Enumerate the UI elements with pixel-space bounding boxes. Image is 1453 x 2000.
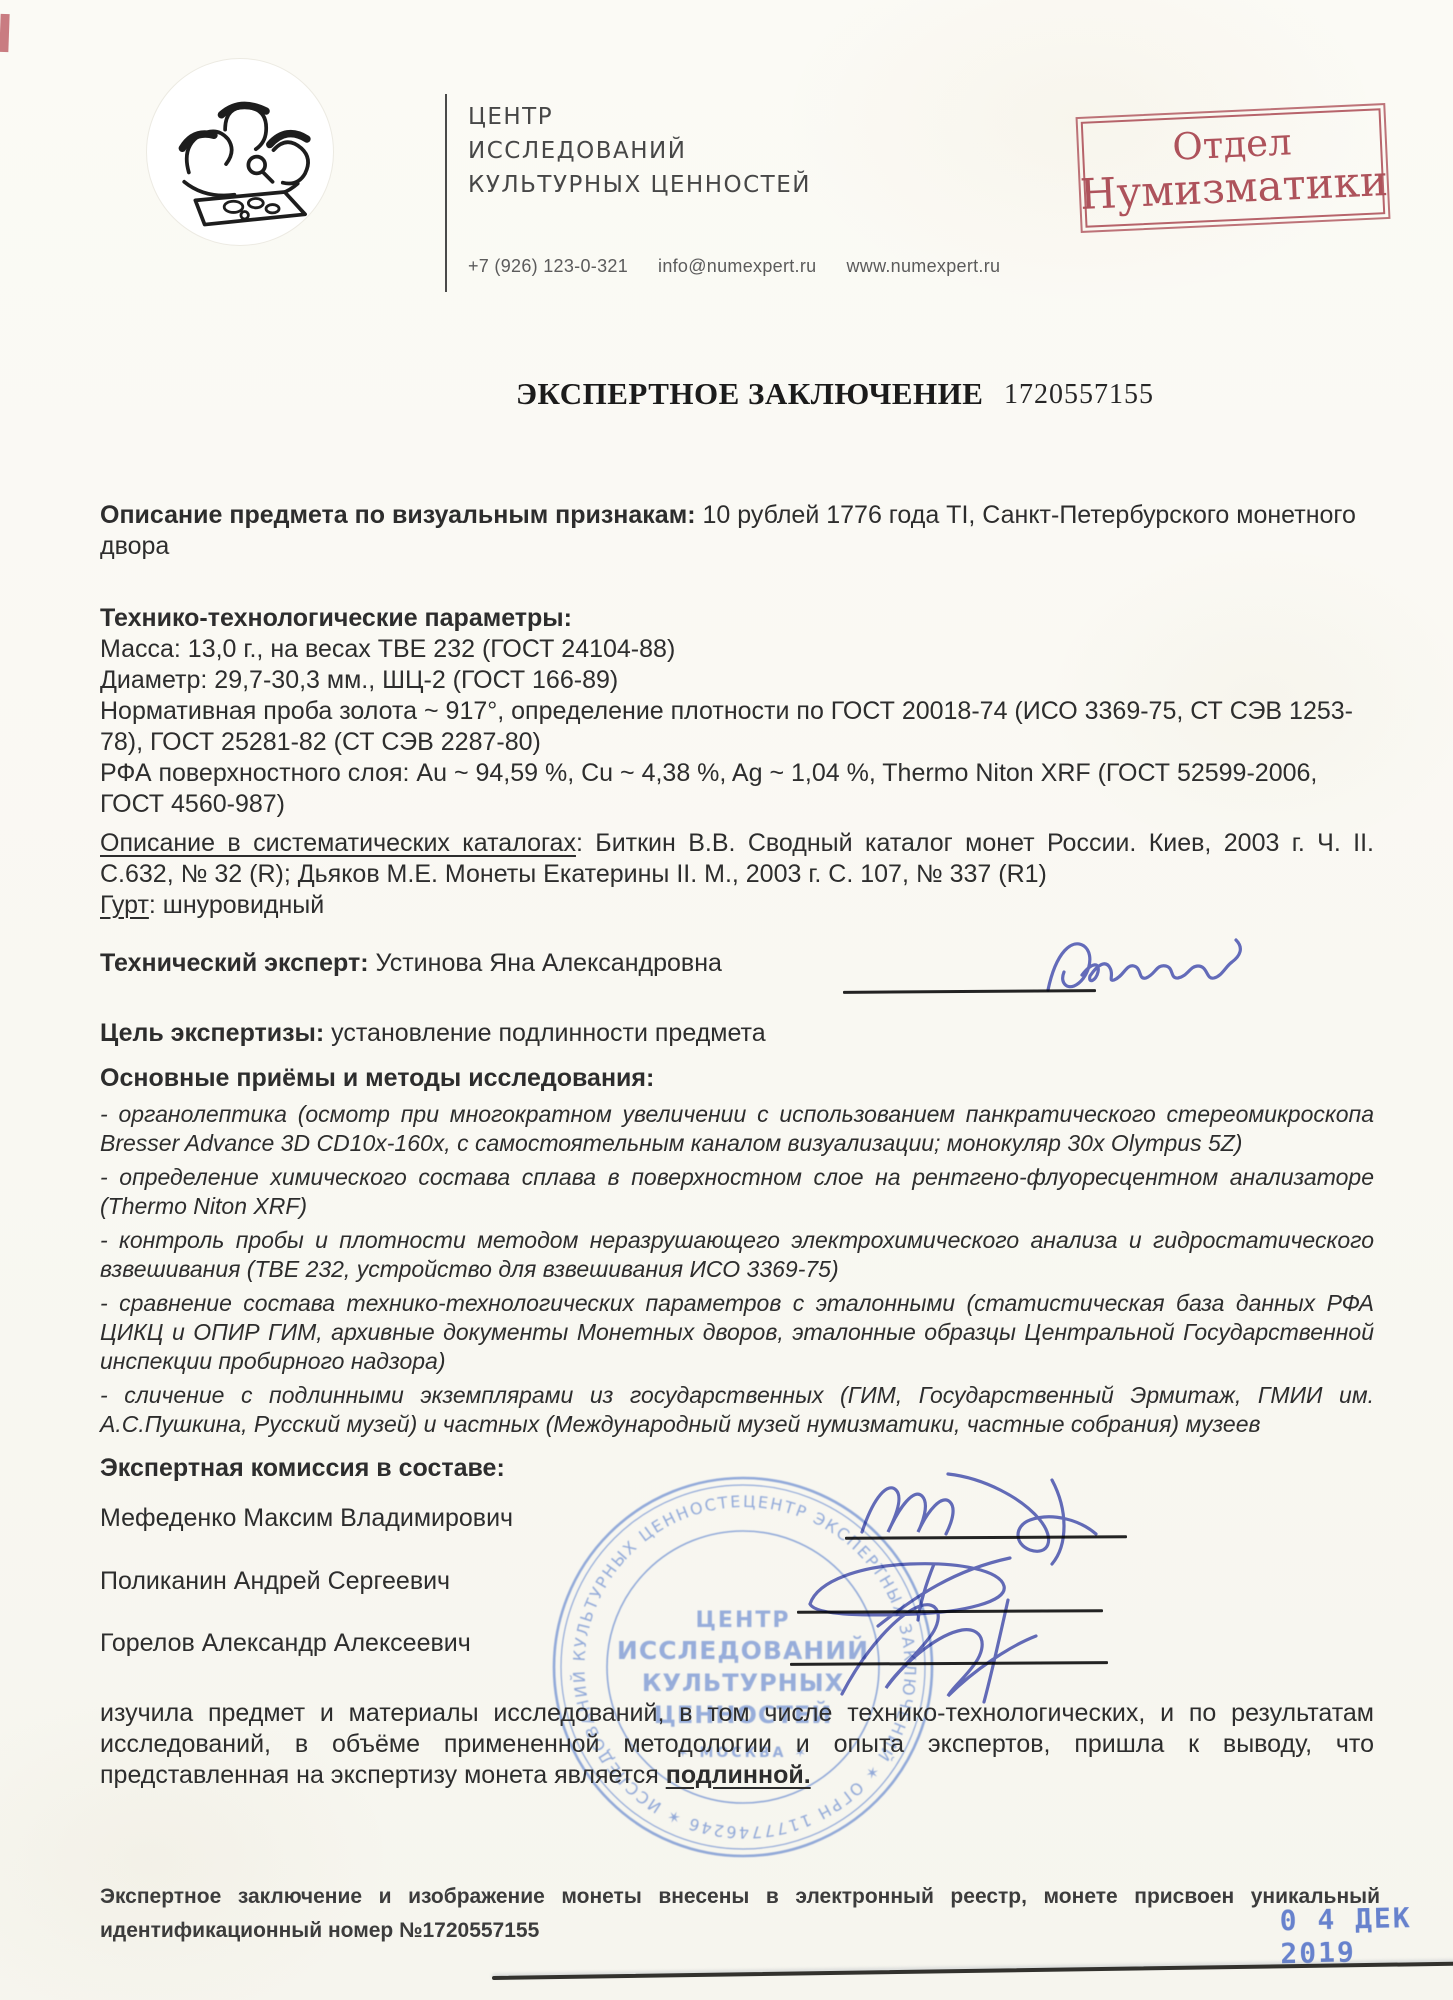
method-item-xrf-analysis: - определение химического состава сплава…: [100, 1163, 1374, 1221]
email-address: info@numexpert.ru: [658, 256, 816, 277]
method-item-museum-comparison: - сличение с подлинными экземплярами из …: [100, 1381, 1374, 1439]
logo-drawing-three-numismatists: [147, 59, 333, 245]
section-technical-expert: Технический эксперт: Устинова Яна Алекса…: [100, 948, 1374, 979]
document-title: ЭКСПЕРТНОЕ ЗАКЛЮЧЕНИЕ: [516, 376, 983, 412]
org-name-line2: ИССЛЕДОВАНИЙ: [468, 134, 811, 168]
scanned-document-page: ЦЕНТР ИССЛЕДОВАНИЙ КУЛЬТУРНЫХ ЦЕННОСТЕЙ …: [0, 0, 1453, 2000]
scan-bottom-edge: [492, 1962, 1453, 1980]
org-logo: [146, 58, 334, 246]
method-item-organoleptic: - органолептика (осмотр при многократном…: [100, 1100, 1374, 1158]
method-item-reference-comparison: - сравнение состава технико-технологичес…: [100, 1289, 1374, 1376]
visual-description-label: Описание предмета по визуальным признака…: [100, 501, 696, 529]
org-name-line1: ЦЕНТР: [468, 100, 811, 134]
method-item-assay-density: - контроль пробы и плотности методом нер…: [100, 1226, 1374, 1284]
methods-heading: Основные приёмы и методы исследования:: [100, 1063, 1374, 1094]
purpose-text: установление подлинности предмета: [324, 1019, 765, 1047]
technical-expert-label: Технический эксперт:: [100, 949, 369, 977]
conclusion-verdict: подлинной.: [666, 1761, 811, 1789]
contact-row: +7 (926) 123-0-321 info@numexpert.ru www…: [468, 256, 1000, 277]
edge-text: : шнуровидный: [149, 891, 324, 919]
org-name-line3: КУЛЬТУРНЫХ ЦЕННОСТЕЙ: [468, 168, 811, 202]
expert-signature-line: [843, 989, 1096, 994]
phone-number: +7 (926) 123-0-321: [468, 256, 628, 277]
dept-stamp-line2: Нумизматики: [1079, 158, 1389, 218]
date-stamp: 0 4 ДЕК 2019: [1279, 1900, 1453, 1970]
section-visual-description: Описание предмета по визуальным признака…: [100, 500, 1374, 562]
purpose-label: Цель экспертизы:: [100, 1019, 324, 1047]
edge-label: Гурт: [100, 891, 149, 919]
tech-param-assay: Нормативная проба золота ~ 917°, определ…: [100, 696, 1374, 758]
seal-center-line1: ЦЕНТР: [696, 1608, 791, 1633]
tech-parameters-heading: Технико-технологические параметры:: [100, 603, 1374, 634]
numismatics-department-stamp: Отдел Нумизматики: [1076, 103, 1391, 233]
section-tech-parameters: Технико-технологические параметры: Масса…: [100, 603, 1374, 820]
tech-param-mass: Масса: 13,0 г., на весах ТВЕ 232 (ГОСТ 2…: [100, 634, 1374, 665]
section-purpose: Цель экспертизы: установление подлинност…: [100, 1018, 1374, 1049]
website-url: www.numexpert.ru: [846, 256, 1000, 277]
section-conclusion: изучила предмет и материалы исследований…: [100, 1698, 1374, 1791]
technical-expert-name: Устинова Яна Александровна: [369, 949, 722, 977]
section-catalogs: Описание в систематических каталогах: Би…: [100, 828, 1374, 921]
catalogs-label: Описание в систематических каталогах: [100, 829, 576, 857]
tech-param-xrf: РФА поверхностного слоя: Au ~ 94,59 %, C…: [100, 758, 1374, 820]
org-name: ЦЕНТР ИССЛЕДОВАНИЙ КУЛЬТУРНЫХ ЦЕННОСТЕЙ: [468, 100, 811, 202]
header-divider: [445, 94, 447, 292]
tech-param-diameter: Диаметр: 29,7-30,3 мм., ШЦ-2 (ГОСТ 166-8…: [100, 665, 1374, 696]
round-organization-seal: ЦЕНТР ЭКСПЕРТНЫХ ЗАКЛЮЧЕНИЙ ✶ ОГРН 11777…: [551, 1475, 935, 1859]
registry-note: Экспертное заключение и изображение моне…: [100, 1880, 1380, 1948]
seal-center-line2: ИССЛЕДОВАНИЙ: [617, 1636, 869, 1665]
scan-red-artifact: [0, 14, 10, 52]
document-number: 1720557155: [1004, 379, 1154, 411]
seal-center-line3: КУЛЬТУРНЫХ: [642, 1669, 844, 1697]
section-methods: Основные приёмы и методы исследования: -…: [100, 1063, 1374, 1444]
